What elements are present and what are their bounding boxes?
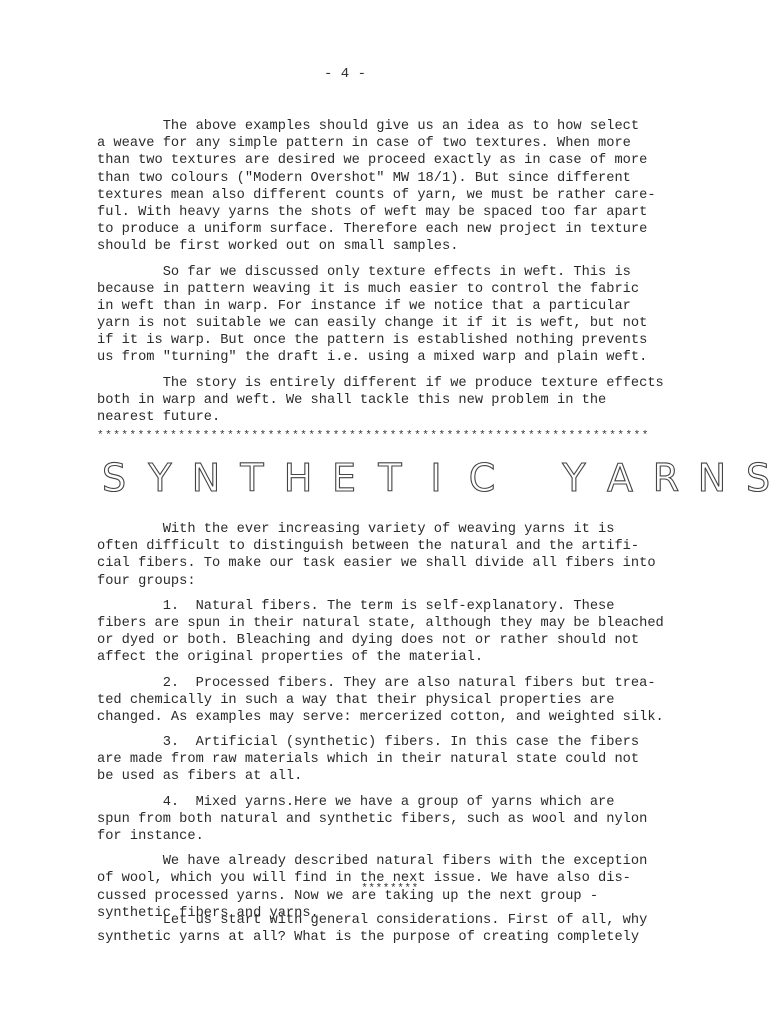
text-line: be used as fibers at all. [97, 768, 697, 785]
text-line: often difficult to distinguish between t… [97, 538, 697, 555]
title-letter: C [465, 458, 499, 498]
text-line: four groups: [97, 573, 697, 590]
title-letter: E [327, 458, 361, 498]
text-line: ted chemically in such a way that their … [97, 692, 697, 709]
text-line: ful. With heavy yarns the shots of weft … [97, 204, 697, 221]
paragraph: So far we discussed only texture effects… [97, 264, 697, 367]
title-letter: I [419, 458, 453, 498]
text-line: a weave for any simple pattern in case o… [97, 135, 697, 152]
text-line: 4. Mixed yarns.Here we have a group of y… [97, 794, 697, 811]
text-line: or dyed or both. Bleaching and dying doe… [97, 632, 697, 649]
title-letter: R [649, 458, 683, 498]
title-letter: S [97, 458, 131, 498]
text-line: because in pattern weaving it is much ea… [97, 281, 697, 298]
text-line: nearest future. [97, 409, 697, 426]
title-letter: S [741, 458, 775, 498]
text-line: 3. Artificial (synthetic) fibers. In thi… [97, 734, 697, 751]
text-line: changed. As examples may serve: merceriz… [97, 709, 697, 726]
title-letter: Y [143, 458, 177, 498]
title-letter: A [603, 458, 637, 498]
paragraph: 3. Artificial (synthetic) fibers. In thi… [97, 734, 697, 786]
text-line: Let us start with general considerations… [97, 912, 697, 929]
paragraph: 1. Natural fibers. The term is self-expl… [97, 598, 697, 667]
text-line: We have already described natural fibers… [97, 853, 697, 870]
title-letter: N [189, 458, 223, 498]
text-line: 1. Natural fibers. The term is self-expl… [97, 598, 697, 615]
text-line: cial fibers. To make our task easier we … [97, 555, 697, 572]
page-number: - 4 - [0, 66, 690, 82]
text-line: for instance. [97, 828, 697, 845]
text-line: So far we discussed only texture effects… [97, 264, 697, 281]
text-line: textures mean also different counts of y… [97, 187, 697, 204]
text-line: synthetic yarns at all? What is the purp… [97, 929, 697, 946]
text-line: us from "turning" the draft i.e. using a… [97, 349, 697, 366]
text-line: are made from raw materials which in the… [97, 751, 697, 768]
section-texture-text: The above examples should give us an ide… [97, 118, 697, 426]
separator-short-asterisks: ******** [0, 883, 780, 895]
document-page: - 4 - The above examples should give us … [0, 0, 780, 1012]
paragraph: 2. Processed fibers. They are also natur… [97, 675, 697, 727]
title-letter: H [281, 458, 315, 498]
text-line: than two textures are desired we proceed… [97, 152, 697, 169]
paragraph: The story is entirely different if we pr… [97, 375, 697, 427]
text-line: The story is entirely different if we pr… [97, 375, 697, 392]
text-line: fibers are spun in their natural state, … [97, 615, 697, 632]
paragraph: With the ever increasing variety of weav… [97, 521, 697, 590]
text-line: yarn is not suitable we can easily chang… [97, 315, 697, 332]
section-synthetic-yarns-text: With the ever increasing variety of weav… [97, 521, 697, 922]
text-line: both in warp and weft. We shall tackle t… [97, 392, 697, 409]
text-line: With the ever increasing variety of weav… [97, 521, 697, 538]
section-general-considerations-text: Let us start with general considerations… [97, 912, 697, 946]
paragraph: The above examples should give us an ide… [97, 118, 697, 256]
title-letter: N [695, 458, 729, 498]
title-letter: Y [557, 458, 591, 498]
text-line: to produce a uniform surface. Therefore … [97, 221, 697, 238]
text-line: if it is warp. But once the pattern is e… [97, 332, 697, 349]
text-line: in weft than in warp. For instance if we… [97, 298, 697, 315]
separator-asterisks: ****************************************… [97, 430, 650, 442]
paragraph: Let us start with general considerations… [97, 912, 697, 946]
paragraph: 4. Mixed yarns.Here we have a group of y… [97, 794, 697, 846]
text-line: should be first worked out on small samp… [97, 238, 697, 255]
heading-synthetic-yarns: SYNTHETICYARNS [97, 452, 780, 504]
text-line: affect the original properties of the ma… [97, 649, 697, 666]
title-letter: T [373, 458, 407, 498]
text-line: than two colours ("Modern Overshot" MW 1… [97, 170, 697, 187]
text-line: The above examples should give us an ide… [97, 118, 697, 135]
text-line: spun from both natural and synthetic fib… [97, 811, 697, 828]
text-line: 2. Processed fibers. They are also natur… [97, 675, 697, 692]
title-letter: T [235, 458, 269, 498]
